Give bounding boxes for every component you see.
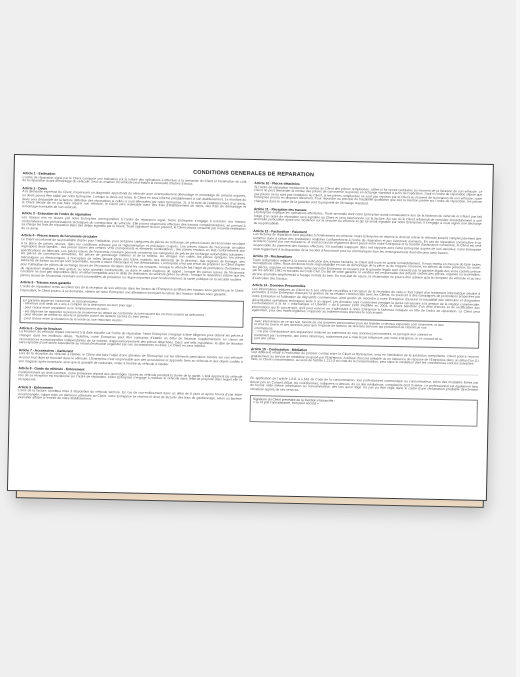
article-body: Les travaux mis en œuvre par notre Entre… [21,216,245,235]
article-body: Toute réclamation relative à la bonne ex… [252,259,480,285]
document-photo: CONDITIONS GENERALES DE REPARATION Artic… [7,154,494,504]
article-body: Conformément au droit commun, notre Entr… [18,371,242,386]
article-body: L'Entreprise explique les opérations eff… [254,211,482,230]
article-section: Article 11 - Réception des travauxL'Entr… [254,208,482,231]
left-column: Article 1 - EstimationL'ordre de réparat… [18,172,247,409]
article-body: Les informations relatives au Client ou … [252,288,480,318]
article-section: Article 15 - Contestation - MédiationTou… [251,348,479,367]
article-section: Article 6 - Date de livraisonLa livraiso… [19,327,243,350]
mediation-notice: En application de l'article L.611 à L.61… [250,377,478,396]
article-body: Si l'ordre de réparation mentionne la re… [254,186,482,209]
boxed-notice: Avec intervention de ce qui soit, facult… [251,317,480,348]
article-body: La livraison du véhicule réparé intervie… [19,331,243,350]
article-body: L'avis de la facture constitue mise à di… [18,389,242,404]
article-body: A la demande expresse du Client, moyenna… [22,191,246,214]
signature-box[interactable]: Signature du Client précédée de la menti… [249,395,478,427]
divider [251,370,479,376]
article-body: Tout différend relatif à l'exécution du … [251,351,479,367]
right-column: Article 10 - Pièces détachéesSi l'ordre … [249,182,482,427]
article-section: Article 5 - Travaux sous garantieL'ordre… [20,282,244,297]
article-section: Article 8 - Garde du véhicule - Enlèveme… [18,367,242,386]
article-section: Article 10 - Pièces détachéesSi l'ordre … [254,182,482,208]
boxed-notice: En garantie légale de conformité, le con… [19,296,244,327]
background-edge [516,0,520,677]
article-section: Article 3 - Exécution de l'ordre de répa… [21,213,245,236]
article-body: Le Client est informé de sa possibilité … [20,238,245,282]
article-section: Article 14 - Données PersonnellesLes inf… [252,284,481,318]
article-section: Article 2 - DevisA la demande expresse d… [22,187,246,213]
article-section: Article 12 - Facturation - PaiementLes f… [253,230,481,256]
document-sheet: CONDITIONS GENERALES DE REPARATION Artic… [7,154,494,501]
article-section: Article 9 - EnlèvementL'avis de la factu… [18,386,242,405]
article-section: Article 13 - RéclamationsToute réclamati… [252,255,480,285]
article-body: Les factures de réparation sont payables… [253,233,481,256]
article-section: Article 4 - Pièces issues de l'économie … [20,234,245,282]
article-section: Article 7 - Accessoires - CarburantLors … [19,349,243,368]
article-body: Lors de la réception du véhicule à l'ate… [19,352,243,367]
